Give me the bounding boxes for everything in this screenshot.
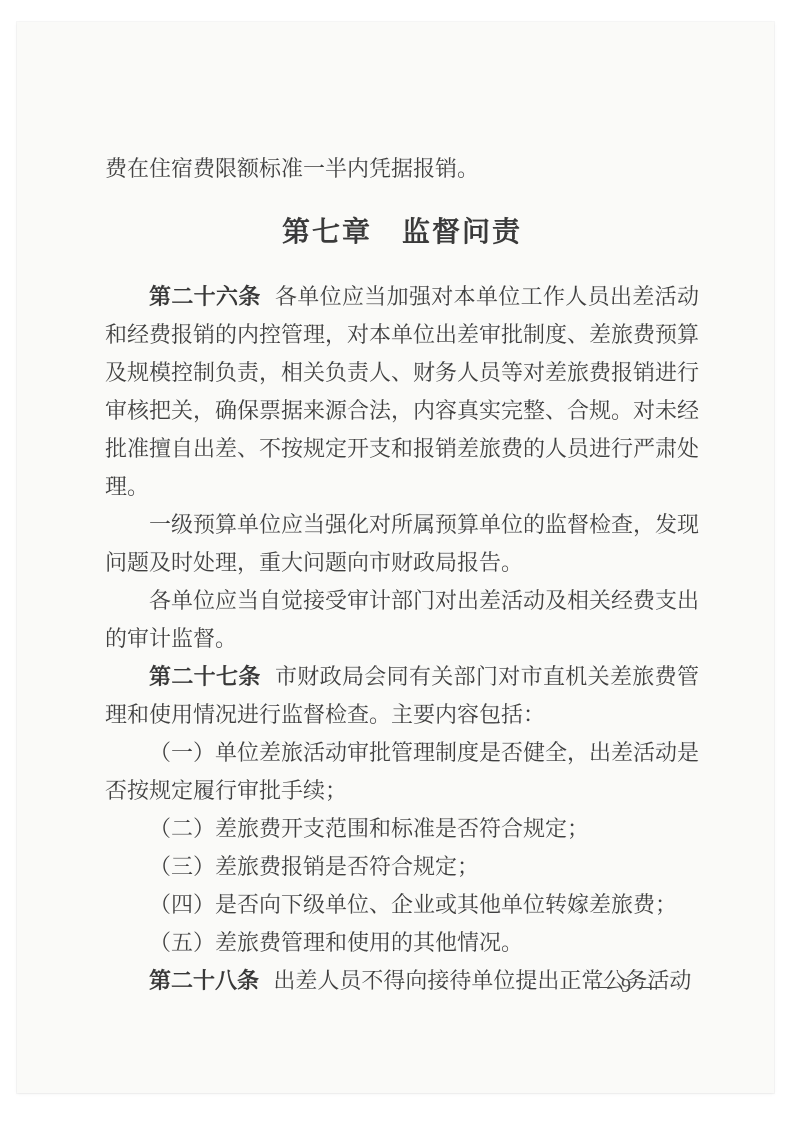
check-item-3: （三）差旅费报销是否符合规定； bbox=[105, 848, 699, 886]
article-27-number: 第二十七条 bbox=[149, 664, 261, 689]
article-26-number: 第二十六条 bbox=[149, 284, 261, 309]
budget-supervision-paragraph: 一级预算单位应当强化对所属预算单位的监督检查，发现问题及时处理，重大问题向市财政… bbox=[105, 506, 699, 582]
chapter-heading: 第七章 监督问责 bbox=[105, 212, 699, 252]
audit-supervision-text: 各单位应当自觉接受审计部门对出差活动及相关经费支出的审计监督。 bbox=[105, 588, 699, 651]
scanned-document-page: 费在住宿费限额标准一半内凭据报销。 第七章 监督问责 第二十六条各单位应当加强对… bbox=[0, 0, 793, 1122]
continuation-line: 费在住宿费限额标准一半内凭据报销。 bbox=[105, 150, 699, 188]
check-item-4: （四）是否向下级单位、企业或其他单位转嫁差旅费； bbox=[105, 886, 699, 924]
check-item-1: （一）单位差旅活动审批管理制度是否健全，出差活动是否按规定履行审批手续； bbox=[105, 734, 699, 810]
check-item-3-text: （三）差旅费报销是否符合规定； bbox=[149, 854, 479, 879]
article-27-paragraph: 第二十七条市财政局会同有关部门对市直机关差旅费管理和使用情况进行监督检查。主要内… bbox=[105, 658, 699, 734]
page-number: — 9 — bbox=[592, 974, 662, 998]
article-26-text: 各单位应当加强对本单位工作人员出差活动和经费报销的内控管理，对本单位出差审批制度… bbox=[105, 284, 699, 499]
check-item-5-text: （五）差旅费管理和使用的其他情况。 bbox=[149, 930, 523, 955]
check-item-2-text: （二）差旅费开支范围和标准是否符合规定； bbox=[149, 816, 589, 841]
article-26-paragraph: 第二十六条各单位应当加强对本单位工作人员出差活动和经费报销的内控管理，对本单位出… bbox=[105, 278, 699, 506]
document-body: 费在住宿费限额标准一半内凭据报销。 第七章 监督问责 第二十六条各单位应当加强对… bbox=[105, 150, 699, 1000]
check-item-5: （五）差旅费管理和使用的其他情况。 bbox=[105, 924, 699, 962]
check-item-4-text: （四）是否向下级单位、企业或其他单位转嫁差旅费； bbox=[149, 892, 677, 917]
budget-supervision-text: 一级预算单位应当强化对所属预算单位的监督检查，发现问题及时处理，重大问题向市财政… bbox=[105, 512, 699, 575]
article-28-number: 第二十八条 bbox=[149, 968, 259, 993]
audit-supervision-paragraph: 各单位应当自觉接受审计部门对出差活动及相关经费支出的审计监督。 bbox=[105, 582, 699, 658]
check-item-1-text: （一）单位差旅活动审批管理制度是否健全，出差活动是否按规定履行审批手续； bbox=[105, 740, 699, 803]
check-item-2: （二）差旅费开支范围和标准是否符合规定； bbox=[105, 810, 699, 848]
